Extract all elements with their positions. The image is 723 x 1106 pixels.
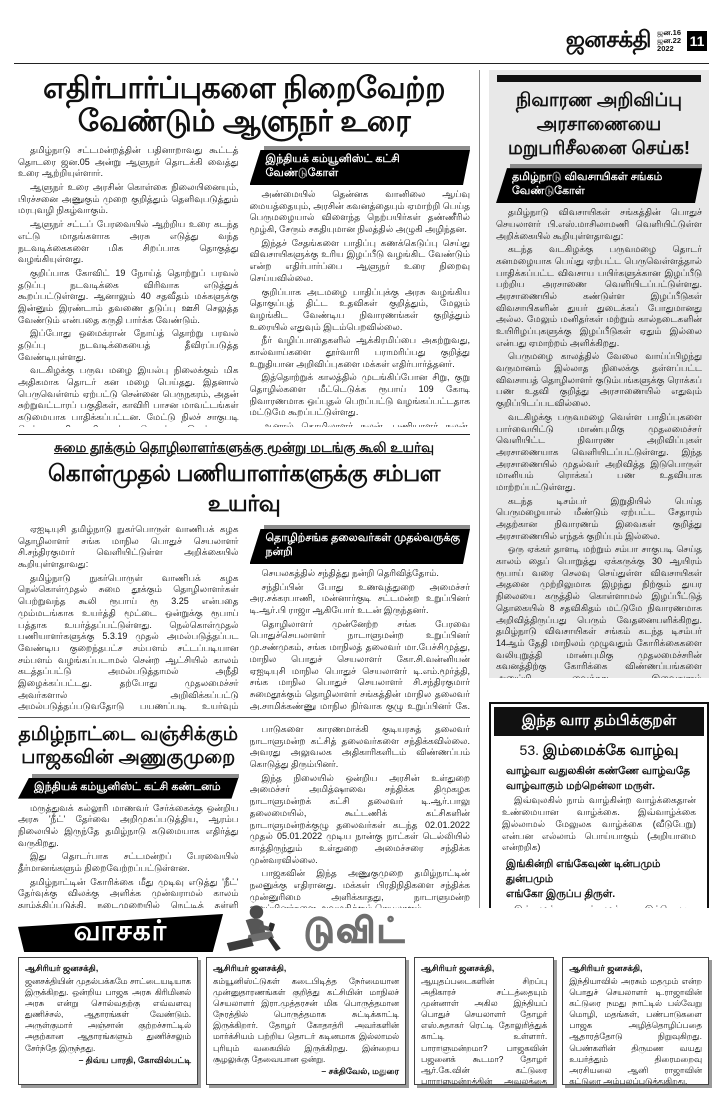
reader-letters-row: ஆசிரியர் ஜனசக்தி, ஜனசக்தியின் முதல்பக்கம… xyxy=(18,957,709,1085)
article2-columns: ஏஐடியுசி தமிழ்நாடு நுகர்பொருள் வாணிபக் க… xyxy=(18,524,470,712)
article-governor-speech: எதிர்பார்ப்புகளை நிறைவேற்ற வேண்டும் ஆளுந… xyxy=(18,72,470,427)
letter-salutation: ஆசிரியர் ஜனசக்தி, xyxy=(25,963,191,975)
weekly-kural-box: இந்த வார தம்பிக்குறள் 53. இம்மைக்கே வாழ்… xyxy=(489,702,709,908)
article1-columns: தமிழ்நாடு சட்டமன்றத்தின் பதினாறாவது கூட்… xyxy=(18,145,470,427)
paragraph: ஆனால் தொழிலாளர் நலன், பணியாளர் நலன், பழை… xyxy=(250,421,471,427)
paragraph: இப்போது ஒமைக்ரான் நோய்த் தொற்று பரவல் தட… xyxy=(18,328,239,363)
article4-headline: நிவாரண அறிவிப்பு அரசாணையை மறுபரிசீலனை செ… xyxy=(496,88,702,160)
article-relief-go: நிவாரண அறிவிப்பு அரசாணையை மறுபரிசீலனை செ… xyxy=(489,70,709,678)
letter-signature: – சக்திவேல், மதுரை xyxy=(213,1066,399,1078)
reader-tweets-banner: வாசகர் டுவிட் xyxy=(18,912,709,954)
masthead: ஜனசக்தி ஜன.16 ஜன.22 2022 11 xyxy=(0,0,723,60)
farmers-association-banner: தமிழ்நாடு விவசாயிகள் சங்கம் வேண்டுகோள் xyxy=(496,164,702,203)
year: 2022 xyxy=(657,44,674,53)
tweet-word: டுவிட் xyxy=(304,912,406,955)
cpi-appeal-banner: இந்தியக் கம்யூனிஸ்ட் கட்சி வேண்டுகோள் xyxy=(250,146,471,185)
letter-body: ஆயுதப்படைகளின் சிறப்பு அதிகாரச் சட்டத்தை… xyxy=(421,976,547,1085)
paragraph: பெருமழை காலத்தில் வேலை வாய்ப்பிழந்து வரு… xyxy=(496,351,702,409)
article2-col1: ஏஐடியுசி தமிழ்நாடு நுகர்பொருள் வாணிபக் க… xyxy=(18,524,239,712)
kural-title: 53. இம்மைக்கே வாழ்வு xyxy=(502,742,696,761)
paragraph: இது தொடர்பாக சட்டமன்றப் பேரவையில் தீர்மா… xyxy=(18,851,239,874)
article-bjp-approach: தமிழ்நாட்டை வஞ்சிக்கும் பாஜகவின் அணுகுமு… xyxy=(18,717,470,908)
article1-col2: இந்தியக் கம்யூனிஸ்ட் கட்சி வேண்டுகோள் அண… xyxy=(250,145,471,427)
paragraph: இந்தச் சேதங்களை பாதிப்பு கணக்கெடுப்பு செ… xyxy=(250,238,471,285)
paragraph: தொழிலாளர் முன்னேற்ற சங்க பேரவை பொதுச்செய… xyxy=(250,619,471,712)
article4-top-bar xyxy=(497,75,701,82)
paragraph: ஒரு ஏக்கர் தாளடி மற்றும் சம்பா சாகுபடி ச… xyxy=(496,544,702,678)
issue-dates: ஜன.16 ஜன.22 2022 xyxy=(657,29,681,54)
article1-col1: தமிழ்நாடு சட்டமன்றத்தின் பதினாறாவது கூட்… xyxy=(18,145,239,427)
paragraph: ஆளுநர் உரை அரசின் கொள்கை நிலையினையும், ப… xyxy=(18,182,239,217)
kural-explanation-2: இன்பமும் துன்பமும் இப்பொழுது வாழ்கின்ற வ… xyxy=(502,904,696,908)
paragraph: நீர் வழிப்பாதைகளில் ஆக்கிரமிப்பை அகற்றுவ… xyxy=(250,335,471,370)
letter-salutation: ஆசிரியர் ஜனசக்தி, xyxy=(421,963,547,975)
paragraph: பாஜகவின் இந்த அணுகுமுறை தமிழ்நாட்டின் நல… xyxy=(250,868,471,908)
reader-with-phone-icon xyxy=(204,904,290,958)
article-wage-hike: சுமை தூக்கும் தொழிலாளர்களுக்கு மூன்று மட… xyxy=(18,434,470,712)
masthead-rule xyxy=(14,63,709,64)
paragraph: வடகிழக்கு பருவ மழை இயல்பு நிலைக்கும் மிக… xyxy=(18,365,239,427)
paragraph: ஆளுநர் சட்டப் பேரவையில் ஆற்றிய உரை கடந்த… xyxy=(18,219,239,266)
article2-headline: கொள்முதல் பணியாளர்களுக்கு சம்பள உயர்வு xyxy=(18,460,470,520)
newspaper-logo: ஜனசக்தி xyxy=(566,26,651,56)
article3-col1: தமிழ்நாட்டை வஞ்சிக்கும் பாஜகவின் அணுகுமு… xyxy=(18,724,239,908)
kural-box-title: இந்த வார தம்பிக்குறள் xyxy=(494,707,704,736)
paragraph: தமிழ்நாடு நுகர்பொருள் வாணிபக் கழக நெல்கொ… xyxy=(18,573,239,712)
reader-letter-3: ஆசிரியர் ஜனசக்தி, ஆயுதப்படைகளின் சிறப்பு… xyxy=(414,957,554,1085)
letter-body: கம்யூனிஸ்ட்டுகள் கடைபிடித்த நேர்மையான மு… xyxy=(213,976,399,1065)
left-section: எதிர்பார்ப்புகளை நிறைவேற்ற வேண்டும் ஆளுந… xyxy=(18,70,470,908)
article2-col2: தொழிற்சங்க தலைவர்கள் முதல்வருக்கு நன்றி … xyxy=(250,524,471,712)
paragraph: இந்த நிலையில் ஒன்றிய அரசின் உள்துறை அமைச… xyxy=(250,773,471,867)
paragraph: குறிப்பாக அடமழை பாதிப்புக்கு அரசு வழங்கி… xyxy=(250,287,471,334)
kural-explanation-1: இவ்வுலகில் நாம் வாழ்கின்ற வாழ்க்கைதான் உ… xyxy=(502,795,696,853)
page-body: எதிர்பார்ப்புகளை நிறைவேற்ற வேண்டும் ஆளுந… xyxy=(18,70,709,908)
page-number-badge: 11 xyxy=(687,31,707,51)
paragraph: சந்திப்பின் போது உணவுத்துறை அமைச்சர் அர.… xyxy=(250,582,471,617)
paragraph: பாடுகளை காரணமாக்கி குடியரசுத் தலைவர் நாட… xyxy=(250,724,471,771)
paragraph: தமிழ்நாடு சட்டமன்றத்தின் பதினாறாவது கூட்… xyxy=(18,145,239,180)
reader-letter-2: ஆசிரியர் ஜனசக்தி, கம்யூனிஸ்ட்டுகள் கடைபி… xyxy=(206,957,406,1085)
paragraph: கடந்த டிசம்பர் இறுதியில் பெய்த பெருமழையா… xyxy=(496,496,702,543)
article2-kicker: சுமை தூக்கும் தொழிலாளர்களுக்கு மூன்று மட… xyxy=(18,440,470,458)
kural-couplet-2: இங்கின்றி எங்கேவுண் டின்பமும் துன்பமும் … xyxy=(506,857,696,903)
letter-salutation: ஆசிரியர் ஜனசக்தி, xyxy=(213,963,399,975)
paragraph: இத்தொற்றுக் காலத்தில் முடங்கிப்போன சிறு,… xyxy=(250,372,471,419)
cpi-condemn-banner: இந்தியக் கம்யூனிஸ்ட் கட்சி கண்டனம் xyxy=(18,774,239,799)
article3-headline: தமிழ்நாட்டை வஞ்சிக்கும் பாஜகவின் அணுகுமு… xyxy=(18,724,239,770)
letter-body: ஜனசக்தியின் முதல்பக்கமே சாட்டையடியாக இரு… xyxy=(25,976,191,1054)
paragraph: ஏஐடியுசி தமிழ்நாடு நுகர்பொருள் வாணிபக் க… xyxy=(18,524,239,571)
reader-letter-4: ஆசிரியர் ஜனசக்தி, இந்தியாவில் அரசும் மதம… xyxy=(562,957,709,1085)
kural-box-body: 53. இம்மைக்கே வாழ்வு வாழ்வா வதுலகின் கண்… xyxy=(494,736,704,908)
paragraph: மருத்துவக் கல்லூரி மாணவர் சேர்க்கைக்கு ஒ… xyxy=(18,803,239,850)
newspaper-page: ஜனசக்தி ஜன.16 ஜன.22 2022 11 எதிர்பார்ப்ப… xyxy=(0,0,723,1106)
right-section: நிவாரண அறிவிப்பு அரசாணையை மறுபரிசீலனை செ… xyxy=(479,70,709,908)
paragraph: வடகிழக்கு பருவமழை வெள்ள பாதிப்புகளை பார்… xyxy=(496,412,702,494)
reader-letter-1: ஆசிரியர் ஜனசக்தி, ஜனசக்தியின் முதல்பக்கம… xyxy=(18,957,198,1085)
paragraph: கடந்த வடகிழக்கு பருவமழை தொடர் கனமழையாக ப… xyxy=(496,244,702,349)
letter-salutation: ஆசிரியர் ஜனசக்தி, xyxy=(569,963,702,975)
paragraph: தமிழ்நாடு விவசாயிகள் சங்கத்தின் பொதுச் ச… xyxy=(496,207,702,242)
vasagar-flag: வாசகர் xyxy=(18,914,223,952)
letter-body: இந்தியாவில் அரசும் மதமும் என்ற பொதுச் செ… xyxy=(569,976,702,1085)
paragraph: அண்மையில் தென்னக வானிலை ஆய்வு மையத்தையும… xyxy=(250,189,471,236)
paragraph: செயலகத்தில் சந்தித்து நன்றி தெரிவித்தோம்… xyxy=(250,568,471,580)
article3-columns: தமிழ்நாட்டை வஞ்சிக்கும் பாஜகவின் அணுகுமு… xyxy=(18,724,470,908)
letter-signature: – திவ்ய பாரதி, கோவில்பட்டி xyxy=(25,1055,191,1067)
article3-col2: பாடுகளை காரணமாக்கி குடியரசுத் தலைவர் நாட… xyxy=(250,724,471,908)
paragraph: குறிப்பாக கோவிட் 19 நோய்த் தொற்றுப் பரவல… xyxy=(18,268,239,326)
reader-tweets-section: வாசகர் டுவிட் ஆசிரியர் ஜனசக்தி, ஜனசக்திய… xyxy=(18,912,709,1085)
kural-couplet-1: வாழ்வா வதுலகின் கண்ணே வாழ்வதே வாழ்வாகும்… xyxy=(506,764,696,794)
article1-headline: எதிர்பார்ப்புகளை நிறைவேற்ற வேண்டும் ஆளுந… xyxy=(18,72,470,138)
union-thanks-banner: தொழிற்சங்க தலைவர்கள் முதல்வருக்கு நன்றி xyxy=(250,525,471,564)
